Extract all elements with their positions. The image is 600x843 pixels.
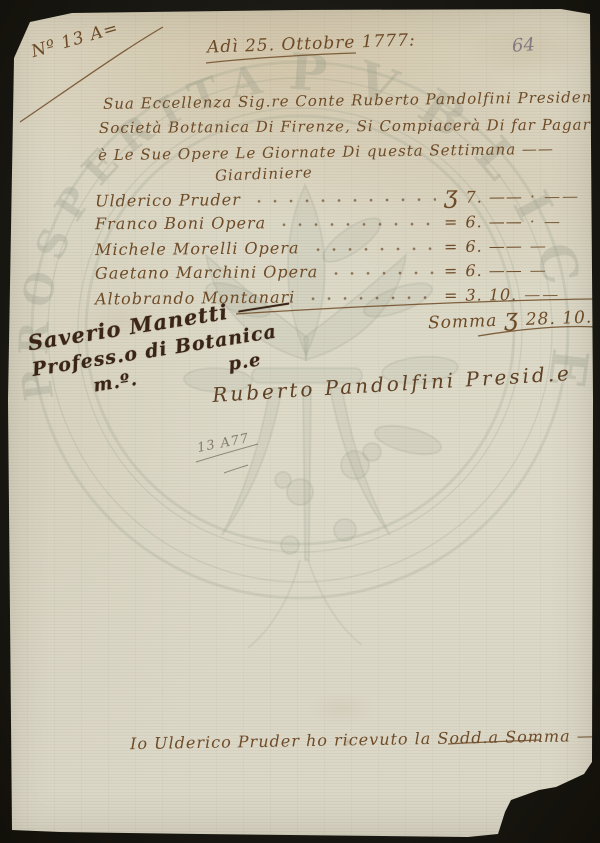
manuscript-paper-sheet: PROSPERITA PVBLIC ENDAE [0,0,600,843]
paper-edge-shading [0,0,600,843]
photograph-of-manuscript: PROSPERITA PVBLIC ENDAE [0,0,600,843]
